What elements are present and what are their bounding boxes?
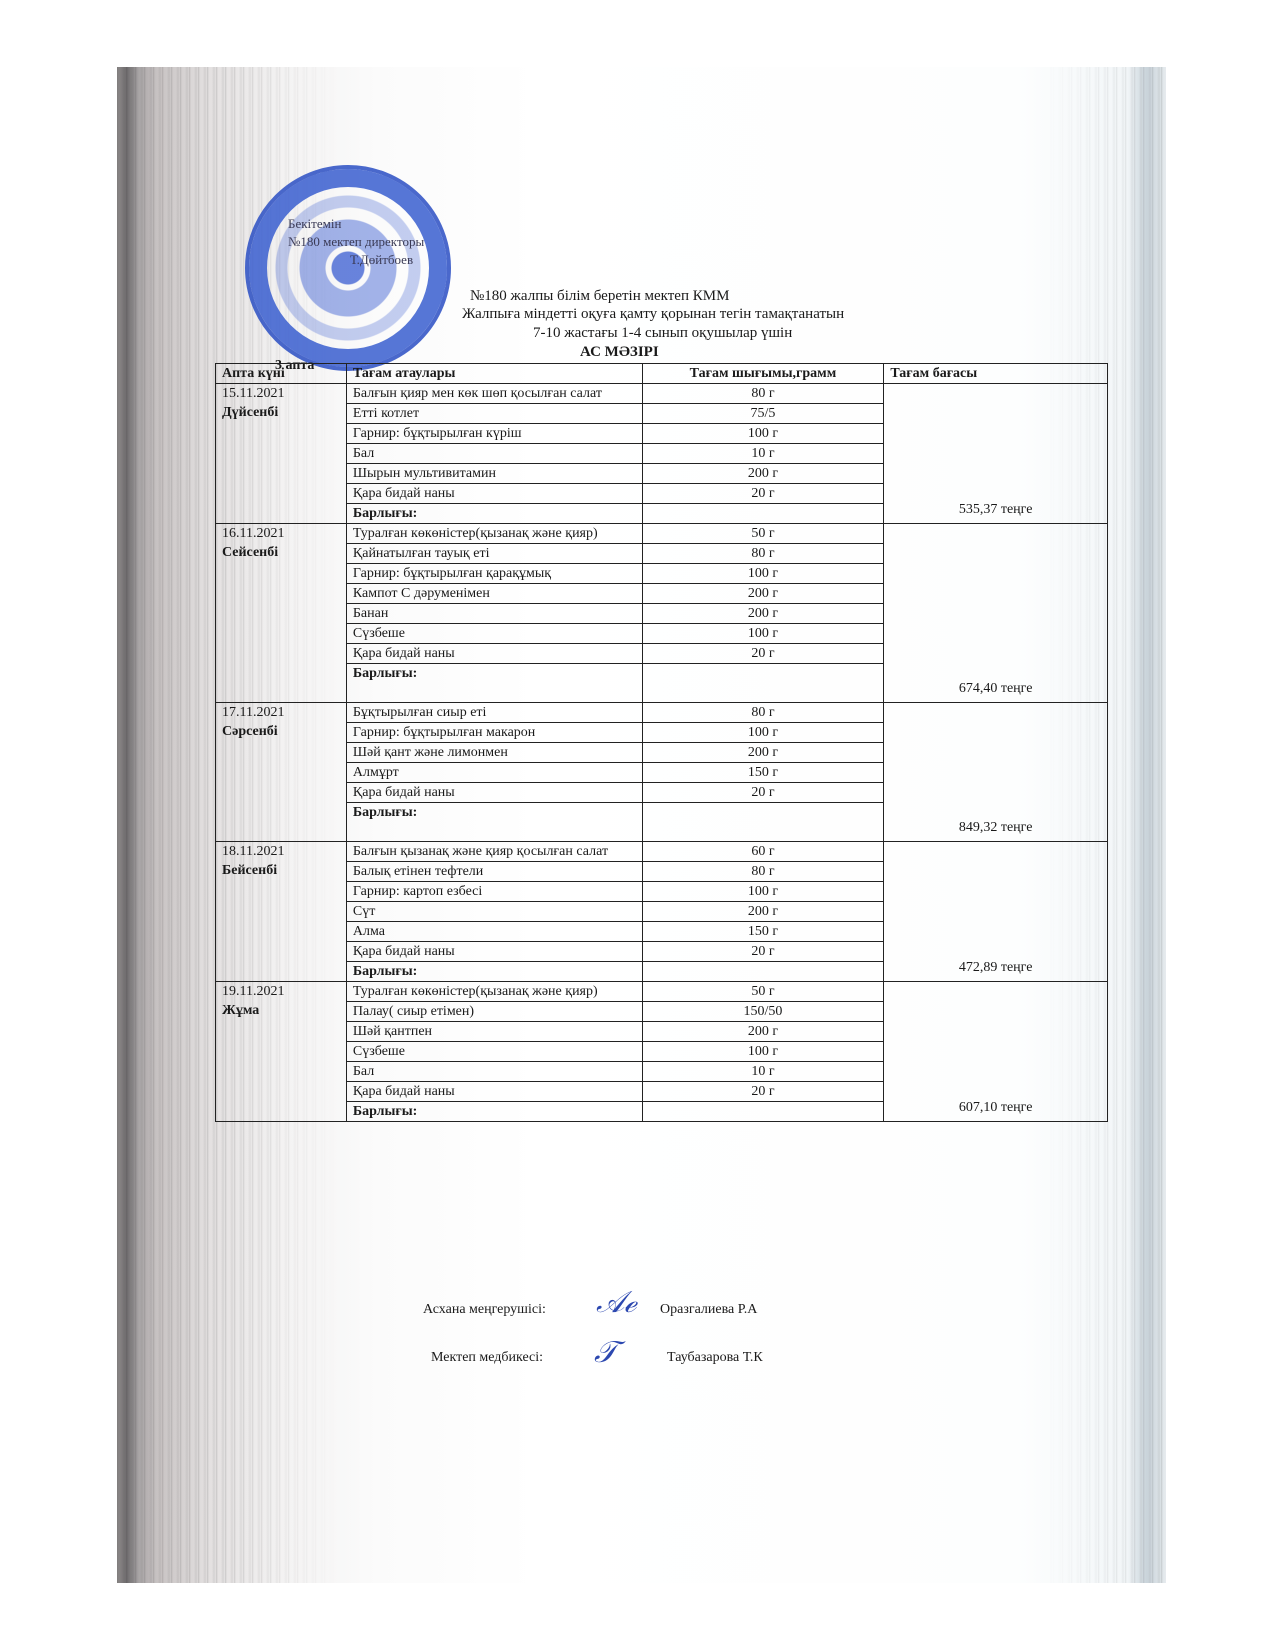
day-name: Сәрсенбі	[222, 722, 340, 741]
dish-name: Гарнир: картоп езбесі	[346, 882, 642, 902]
total-label: Барлығы:	[346, 803, 642, 842]
total-yield-empty	[642, 962, 884, 982]
dish-name: Сүт	[346, 902, 642, 922]
day-cell: 17.11.2021Сәрсенбі	[216, 703, 347, 842]
day-price: 849,32 теңге	[884, 703, 1108, 842]
dish-name: Бұқтырылған сиыр еті	[346, 703, 642, 723]
dish-name: Балғын қияр мен көк шөп қосылған салат	[346, 384, 642, 404]
dish-yield: 100 г	[642, 1042, 884, 1062]
dish-yield: 100 г	[642, 564, 884, 584]
day-cell: 16.11.2021Сейсенбі	[216, 524, 347, 703]
dish-name: Шәй қантпен	[346, 1022, 642, 1042]
dish-name: Палау( сиыр етімен)	[346, 1002, 642, 1022]
total-yield-empty	[642, 803, 884, 842]
signature-mark-icon: 𝒯	[594, 1335, 617, 1370]
dish-name: Балғын қызанақ және қияр қосылған салат	[346, 842, 642, 862]
day-cell: 15.11.2021Дүйсенбі	[216, 384, 347, 524]
dish-name: Шәй қант және лимонмен	[346, 743, 642, 763]
dish-yield: 200 г	[642, 743, 884, 763]
day-name: Бейсенбі	[222, 861, 340, 880]
dish-name: Туралған көкөністер(қызанақ және қияр)	[346, 982, 642, 1002]
dish-name: Банан	[346, 604, 642, 624]
dish-yield: 20 г	[642, 484, 884, 504]
dish-name: Қара бидай наны	[346, 484, 642, 504]
dish-name: Қара бидай наны	[346, 1082, 642, 1102]
dish-yield: 200 г	[642, 584, 884, 604]
dish-yield: 10 г	[642, 1062, 884, 1082]
day-name: Жұма	[222, 1001, 340, 1020]
dish-name: Гарнир: бұқтырылған күріш	[346, 424, 642, 444]
column-header-dish: Тағам атаулары	[346, 364, 642, 384]
total-yield-empty	[642, 1102, 884, 1122]
approval-line: №180 мектеп директоры	[288, 233, 424, 251]
dish-name: Сүзбеше	[346, 1042, 642, 1062]
menu-table: Апта күні Тағам атаулары Тағам шығымы,гр…	[215, 363, 1108, 1122]
dish-name: Қара бидай наны	[346, 942, 642, 962]
approval-line: Т.Дөйтбоев	[288, 251, 424, 269]
dish-yield: 60 г	[642, 842, 884, 862]
table-row: 15.11.2021ДүйсенбіБалғын қияр мен көк шө…	[216, 384, 1108, 404]
day-date: 17.11.2021	[222, 703, 340, 722]
day-date: 19.11.2021	[222, 982, 340, 1001]
column-header-day: Апта күні	[216, 364, 347, 384]
day-date: 15.11.2021	[222, 384, 340, 403]
table-header-row: Апта күні Тағам атаулары Тағам шығымы,гр…	[216, 364, 1108, 384]
dish-yield: 100 г	[642, 624, 884, 644]
dish-name: Шырын мультивитамин	[346, 464, 642, 484]
table-row: 19.11.2021ЖұмаТуралған көкөністер(қызана…	[216, 982, 1108, 1002]
signature-name: Оразгалиева Р.А	[660, 1302, 757, 1318]
total-label: Барлығы:	[346, 962, 642, 982]
total-label: Барлығы:	[346, 504, 642, 524]
table-row: 18.11.2021БейсенбіБалғын қызанақ және қи…	[216, 842, 1108, 862]
program-line: Жалпыға міндетті оқуға қамту қорынан тег…	[462, 306, 844, 323]
total-label: Барлығы:	[346, 664, 642, 703]
dish-name: Туралған көкөністер(қызанақ және қияр)	[346, 524, 642, 544]
signature-role: Асхана меңгерушісі:	[423, 1302, 546, 1318]
column-header-price: Тағам бағасы	[884, 364, 1108, 384]
approval-line: Бекітемін	[288, 215, 424, 233]
day-name: Сейсенбі	[222, 543, 340, 562]
day-price: 535,37 теңге	[884, 384, 1108, 524]
table-row: 16.11.2021СейсенбіТуралған көкөністер(қы…	[216, 524, 1108, 544]
school-name: №180 жалпы білім беретін мектеп КММ	[470, 288, 729, 305]
page-title: АС МӘЗІРІ	[580, 344, 659, 361]
dish-yield: 100 г	[642, 882, 884, 902]
dish-name: Бал	[346, 1062, 642, 1082]
day-date: 18.11.2021	[222, 842, 340, 861]
signature-name: Таубазарова Т.К	[667, 1350, 763, 1366]
dish-name: Қара бидай наны	[346, 644, 642, 664]
dish-yield: 10 г	[642, 444, 884, 464]
audience-line: 7-10 жастағы 1-4 сынып оқушылар үшін	[533, 325, 792, 342]
dish-yield: 80 г	[642, 862, 884, 882]
dish-yield: 80 г	[642, 384, 884, 404]
dish-yield: 150/50	[642, 1002, 884, 1022]
dish-name: Гарнир: бұқтырылған қарақұмық	[346, 564, 642, 584]
day-price: 607,10 теңге	[884, 982, 1108, 1122]
table-row: 17.11.2021СәрсенбіБұқтырылған сиыр еті80…	[216, 703, 1108, 723]
dish-name: Сүзбеше	[346, 624, 642, 644]
day-price: 674,40 теңге	[884, 524, 1108, 703]
total-yield-empty	[642, 664, 884, 703]
total-yield-empty	[642, 504, 884, 524]
dish-name: Бал	[346, 444, 642, 464]
dish-yield: 20 г	[642, 644, 884, 664]
day-price: 472,89 теңге	[884, 842, 1108, 982]
dish-name: Етті котлет	[346, 404, 642, 424]
dish-yield: 200 г	[642, 1022, 884, 1042]
dish-yield: 80 г	[642, 544, 884, 564]
dish-yield: 150 г	[642, 763, 884, 783]
dish-yield: 200 г	[642, 464, 884, 484]
dish-yield: 200 г	[642, 902, 884, 922]
dish-yield: 200 г	[642, 604, 884, 624]
dish-name: Қара бидай наны	[346, 783, 642, 803]
dish-yield: 20 г	[642, 1082, 884, 1102]
total-label: Барлығы:	[346, 1102, 642, 1122]
dish-yield: 100 г	[642, 723, 884, 743]
day-cell: 18.11.2021Бейсенбі	[216, 842, 347, 982]
dish-yield: 75/5	[642, 404, 884, 424]
dish-yield: 20 г	[642, 942, 884, 962]
dish-name: Алма	[346, 922, 642, 942]
dish-yield: 20 г	[642, 783, 884, 803]
dish-yield: 150 г	[642, 922, 884, 942]
dish-name: Гарнир: бұқтырылған макарон	[346, 723, 642, 743]
day-cell: 19.11.2021Жұма	[216, 982, 347, 1122]
dish-yield: 80 г	[642, 703, 884, 723]
signature-role: Мектеп медбикесі:	[431, 1350, 543, 1366]
column-header-yield: Тағам шығымы,грамм	[642, 364, 884, 384]
dish-name: Қайнатылған тауық еті	[346, 544, 642, 564]
dish-yield: 50 г	[642, 524, 884, 544]
dish-yield: 50 г	[642, 982, 884, 1002]
approval-block: Бекітемін №180 мектеп директоры Т.Дөйтбо…	[288, 215, 424, 269]
signature-mark-icon: 𝒜ℯ	[596, 1285, 636, 1320]
dish-name: Алмұрт	[346, 763, 642, 783]
dish-name: Балық етінен тефтели	[346, 862, 642, 882]
dish-name: Кампот С дәруменімен	[346, 584, 642, 604]
day-name: Дүйсенбі	[222, 403, 340, 422]
day-date: 16.11.2021	[222, 524, 340, 543]
dish-yield: 100 г	[642, 424, 884, 444]
